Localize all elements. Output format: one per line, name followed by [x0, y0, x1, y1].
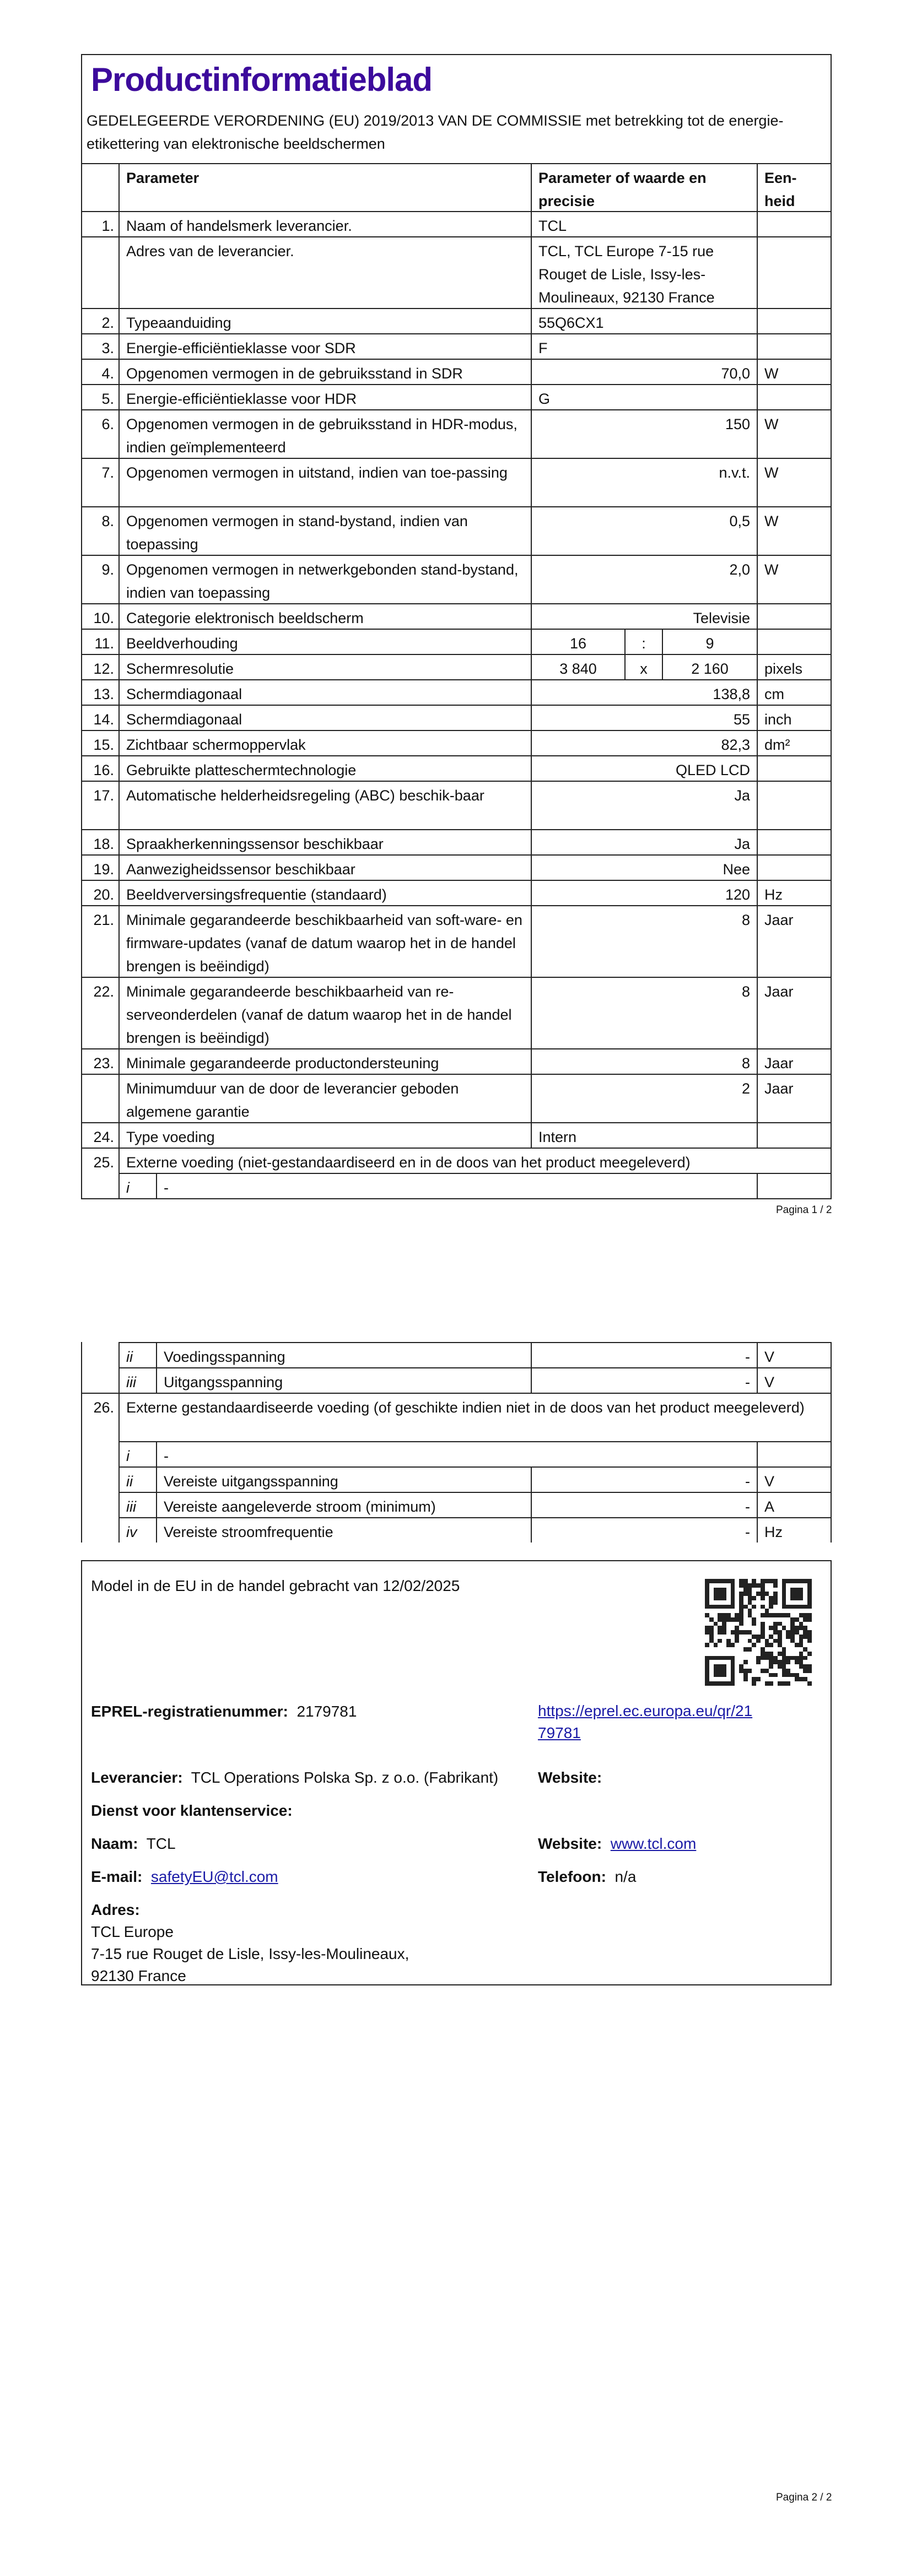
unit-cell	[757, 384, 832, 409]
page-title: Productinformatieblad	[91, 61, 432, 99]
sub-item-marker: ii	[118, 1342, 156, 1367]
unit-cell	[757, 308, 832, 333]
cs-website: Website: www.tcl.com	[538, 1832, 696, 1855]
unit-cell	[757, 1173, 832, 1198]
cs-name: Naam: TCL	[91, 1832, 176, 1855]
row-number: 2.	[81, 308, 118, 333]
unit-cell	[757, 781, 832, 829]
sub-item-marker: i	[118, 1173, 156, 1198]
unit-cell	[757, 1441, 832, 1466]
unit-cell: Hz	[757, 880, 832, 905]
row-number	[81, 1441, 118, 1466]
parameter-label: Typeaanduiding	[118, 308, 531, 333]
sub-item-marker: iii	[118, 1492, 156, 1517]
email-link[interactable]: safetyEU@tcl.com	[151, 1868, 278, 1885]
supplier-website-label: Website:	[538, 1769, 602, 1786]
unit-cell	[757, 236, 832, 308]
value-cell: n.v.t.	[531, 458, 757, 506]
page-number-2: Pagina 2 / 2	[776, 2492, 832, 2504]
sub-item-label: -	[156, 1173, 757, 1198]
parameter-label: Naam of handelsmerk leverancier.	[118, 211, 531, 236]
unit-header-line2: heid	[764, 193, 795, 209]
row-number: 14.	[81, 705, 118, 730]
row-number: 5.	[81, 384, 118, 409]
unit-cell: Jaar	[757, 905, 832, 977]
parameter-label: Beeldverhouding	[118, 629, 531, 654]
parameter-label: Beeldverversingsfrequentie (standaard)	[118, 880, 531, 905]
unit-cell: W	[757, 409, 832, 458]
eprel-registration: EPREL-registratienummer: 2179781	[91, 1700, 357, 1723]
address-label-text: Adres:	[91, 1901, 140, 1918]
row-number	[81, 1342, 118, 1367]
value-part-b: 2 160	[662, 654, 757, 679]
unit-cell	[757, 333, 832, 359]
cs-phone: Telefoon: n/a	[538, 1865, 636, 1888]
parameter-label: Zichtbaar schermoppervlak	[118, 730, 531, 755]
unit-cell: V	[757, 1367, 832, 1393]
row-number: 7.	[81, 458, 118, 506]
qr-code-icon[interactable]	[705, 1579, 812, 1686]
unit-cell	[757, 854, 832, 880]
unit-cell: dm²	[757, 730, 832, 755]
row-number: 23.	[81, 1048, 118, 1074]
address-line-1: TCL Europe	[91, 1920, 174, 1944]
row-number: 18.	[81, 829, 118, 854]
row-number: 3.	[81, 333, 118, 359]
row-number	[81, 236, 118, 308]
group-label: Externe voeding (niet-gestandaardiseerd …	[118, 1148, 832, 1173]
unit-cell: W	[757, 359, 832, 384]
value-cell: 55	[531, 705, 757, 730]
value-cell: -	[531, 1367, 757, 1393]
customer-service-heading: Dienst voor klantenservice:	[91, 1799, 293, 1822]
value-cell: 8	[531, 1048, 757, 1074]
row-number: 22.	[81, 977, 118, 1048]
row-number: 15.	[81, 730, 118, 755]
sub-item-label: Vereiste stroomfrequentie	[156, 1517, 531, 1543]
parameter-label: Categorie elektronisch beeldscherm	[118, 603, 531, 629]
row-number: 1.	[81, 211, 118, 236]
parameter-label: Opgenomen vermogen in de gebruiksstand i…	[118, 409, 531, 458]
value-part-a: 3 840	[531, 654, 624, 679]
info-box: Model in de EU in de handel gebracht van…	[81, 1560, 832, 1985]
sub-item-label: Voedingsspanning	[156, 1342, 531, 1367]
eprel-number: 2179781	[297, 1703, 357, 1720]
value-cell: 2	[531, 1074, 757, 1122]
parameter-label: Opgenomen vermogen in netwerkgebonden st…	[118, 555, 531, 603]
row-number	[81, 1367, 118, 1393]
unit-cell: Hz	[757, 1517, 832, 1543]
value-cell: 70,0	[531, 359, 757, 384]
row-number	[81, 1517, 118, 1543]
unit-cell	[757, 603, 832, 629]
header-box: Productinformatieblad GEDELEGEERDE VEROR…	[81, 54, 832, 164]
unit-cell	[757, 211, 832, 236]
regulation-subtitle: GEDELEGEERDE VERORDENING (EU) 2019/2013 …	[87, 109, 803, 155]
phone-value: n/a	[614, 1868, 636, 1885]
row-number: 11.	[81, 629, 118, 654]
value-cell: Televisie	[531, 603, 757, 629]
eprel-label: EPREL-registratienummer:	[91, 1703, 288, 1720]
supplier-value: TCL Operations Polska Sp. z o.o. (Fabrik…	[191, 1769, 499, 1786]
value-cell: 2,0	[531, 555, 757, 603]
unit-cell: V	[757, 1466, 832, 1492]
parameter-label: Minimumduur van de door de leverancier g…	[118, 1074, 531, 1122]
parameter-label: Opgenomen vermogen in stand-bystand, ind…	[118, 506, 531, 555]
parameter-label: Type voeding	[118, 1122, 531, 1148]
value-cell: Nee	[531, 854, 757, 880]
supplier-website: Website:	[538, 1766, 602, 1789]
value-cell: 8	[531, 977, 757, 1048]
value-cell: TCL	[531, 211, 757, 236]
parameter-label: Schermdiagonaal	[118, 679, 531, 705]
unit-cell: Jaar	[757, 1048, 832, 1074]
supplier: Leverancier: TCL Operations Polska Sp. z…	[91, 1766, 498, 1789]
column-header-unit: Een-heid	[757, 163, 832, 211]
unit-cell: W	[757, 555, 832, 603]
parameter-label: Schermdiagonaal	[118, 705, 531, 730]
sub-item-marker: i	[118, 1441, 156, 1466]
value-cell: Intern	[531, 1122, 757, 1148]
row-number: 6.	[81, 409, 118, 458]
cs-website-label: Website:	[538, 1835, 602, 1852]
value-cell: -	[531, 1466, 757, 1492]
row-number: 24.	[81, 1122, 118, 1148]
row-number: 13.	[81, 679, 118, 705]
unit-cell: cm	[757, 679, 832, 705]
value-part-b: 9	[662, 629, 757, 654]
group-label: Externe gestandaardiseerde voeding (of g…	[118, 1393, 832, 1441]
value-separator: x	[624, 654, 662, 679]
row-number: 16.	[81, 755, 118, 781]
row-number	[81, 1173, 118, 1198]
unit-cell	[757, 629, 832, 654]
value-cell: Ja	[531, 781, 757, 829]
unit-cell: pixels	[757, 654, 832, 679]
column-header-parameter: Parameter	[118, 163, 531, 211]
sub-item-label: -	[156, 1441, 757, 1466]
value-cell: 120	[531, 880, 757, 905]
value-cell: 8	[531, 905, 757, 977]
cs-website-link[interactable]: www.tcl.com	[611, 1835, 697, 1852]
row-number: 9.	[81, 555, 118, 603]
value-cell: 138,8	[531, 679, 757, 705]
header-num-cell	[81, 163, 118, 211]
value-cell: G	[531, 384, 757, 409]
sub-item-label: Uitgangsspanning	[156, 1367, 531, 1393]
unit-cell: Jaar	[757, 977, 832, 1048]
parameter-label: Aanwezigheidssensor beschikbaar	[118, 854, 531, 880]
unit-cell: Jaar	[757, 1074, 832, 1122]
value-cell: Ja	[531, 829, 757, 854]
value-part-a: 16	[531, 629, 624, 654]
parameter-label: Energie-efficiëntieklasse voor HDR	[118, 384, 531, 409]
market-date: Model in de EU in de handel gebracht van…	[91, 1574, 460, 1598]
parameter-label: Adres van de leverancier.	[118, 236, 531, 308]
page-number-1: Pagina 1 / 2	[776, 1204, 832, 1216]
row-number	[81, 1074, 118, 1122]
address-line-3: 92130 France	[91, 1965, 186, 1988]
sub-item-marker: iii	[118, 1367, 156, 1393]
row-number: 17.	[81, 781, 118, 829]
row-number: 26.	[81, 1393, 118, 1441]
address-label: Adres:	[91, 1898, 140, 1922]
parameter-label: Minimale gegarandeerde beschikbaarheid v…	[118, 905, 531, 977]
row-number	[81, 1466, 118, 1492]
row-number: 20.	[81, 880, 118, 905]
name-label: Naam:	[91, 1835, 138, 1852]
parameter-label: Minimale gegarandeerde beschikbaarheid v…	[118, 977, 531, 1048]
address-line-2: 7-15 rue Rouget de Lisle, Issy-les-Mouli…	[91, 1942, 409, 1966]
row-number: 10.	[81, 603, 118, 629]
value-cell: QLED LCD	[531, 755, 757, 781]
row-number: 19.	[81, 854, 118, 880]
eprel-link-line2: 79781	[538, 1724, 581, 1741]
unit-cell: W	[757, 458, 832, 506]
eprel-link-line1: https://eprel.ec.europa.eu/qr/21	[538, 1702, 752, 1719]
parameter-label: Spraakherkenningssensor beschikbaar	[118, 829, 531, 854]
customer-service-label: Dienst voor klantenservice:	[91, 1802, 293, 1819]
unit-cell	[757, 755, 832, 781]
sub-item-marker: iv	[118, 1517, 156, 1543]
value-cell: 82,3	[531, 730, 757, 755]
table-bottom-border	[81, 1198, 832, 1199]
eprel-link[interactable]: https://eprel.ec.europa.eu/qr/21 79781	[538, 1700, 752, 1744]
row-number: 4.	[81, 359, 118, 384]
unit-cell: V	[757, 1342, 832, 1367]
value-cell: F	[531, 333, 757, 359]
row-number: 21.	[81, 905, 118, 977]
supplier-label: Leverancier:	[91, 1769, 183, 1786]
phone-label: Telefoon:	[538, 1868, 606, 1885]
value-cell: 150	[531, 409, 757, 458]
parameter-label: Minimale gegarandeerde productondersteun…	[118, 1048, 531, 1074]
unit-cell	[757, 1122, 832, 1148]
value-cell: -	[531, 1517, 757, 1543]
row-number: 25.	[81, 1148, 118, 1173]
sub-item-marker: ii	[118, 1466, 156, 1492]
unit-cell	[757, 829, 832, 854]
column-header-value: Parameter of waarde en precisie	[531, 163, 757, 211]
row-number: 8.	[81, 506, 118, 555]
parameter-label: Energie-efficiëntieklasse voor SDR	[118, 333, 531, 359]
sub-item-label: Vereiste aangeleverde stroom (minimum)	[156, 1492, 531, 1517]
row-number	[81, 1492, 118, 1517]
parameter-label: Schermresolutie	[118, 654, 531, 679]
unit-cell: A	[757, 1492, 832, 1517]
name-value: TCL	[147, 1835, 176, 1852]
value-cell: 55Q6CX1	[531, 308, 757, 333]
unit-header-line1: Een-	[764, 170, 797, 186]
parameter-label: Opgenomen vermogen in uitstand, indien v…	[118, 458, 531, 506]
unit-cell: inch	[757, 705, 832, 730]
value-separator: :	[624, 629, 662, 654]
value-cell: 0,5	[531, 506, 757, 555]
parameter-label: Opgenomen vermogen in de gebruiksstand i…	[118, 359, 531, 384]
unit-cell: W	[757, 506, 832, 555]
value-cell: -	[531, 1492, 757, 1517]
value-cell: -	[531, 1342, 757, 1367]
email-label: E-mail:	[91, 1868, 142, 1885]
parameter-label: Automatische helderheidsregeling (ABC) b…	[118, 781, 531, 829]
parameter-label: Gebruikte platteschermtechnologie	[118, 755, 531, 781]
row-number: 12.	[81, 654, 118, 679]
sub-item-label: Vereiste uitgangsspanning	[156, 1466, 531, 1492]
value-cell: TCL, TCL Europe 7-15 rue Rouget de Lisle…	[531, 236, 757, 308]
cs-email: E-mail: safetyEU@tcl.com	[91, 1865, 278, 1888]
